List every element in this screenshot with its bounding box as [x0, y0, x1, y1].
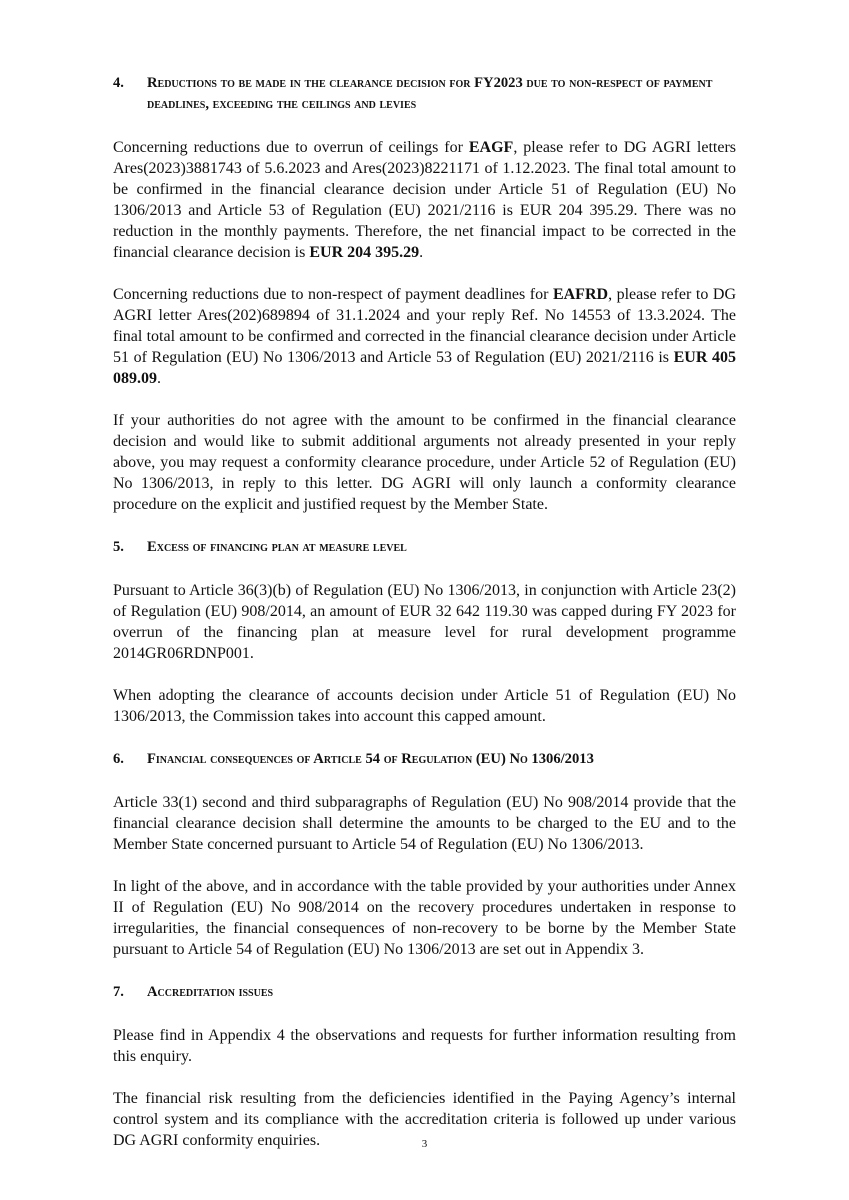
section-6-heading: 6. Financial consequences of Article 54 … [113, 749, 736, 770]
section-number: 4. [113, 73, 147, 115]
section-5-heading: 5. Excess of financing plan at measure l… [113, 537, 736, 558]
paragraph-eagf-reductions: Concerning reductions due to overrun of … [113, 137, 736, 263]
section-title: Accreditation issues [147, 982, 736, 1003]
document-page: 4. Reductions to be made in the clearanc… [113, 73, 736, 1151]
section-4-heading: 4. Reductions to be made in the clearanc… [113, 73, 736, 115]
section-number: 5. [113, 537, 147, 558]
section-number: 7. [113, 982, 147, 1003]
section-7-heading: 7. Accreditation issues [113, 982, 736, 1003]
paragraph-non-recovery: In light of the above, and in accordance… [113, 876, 736, 960]
paragraph-financing-plan: Pursuant to Article 36(3)(b) of Regulati… [113, 580, 736, 664]
section-title: Reductions to be made in the clearance d… [147, 73, 736, 115]
page-number: 3 [0, 1138, 849, 1150]
paragraph-capped-amount: When adopting the clearance of accounts … [113, 685, 736, 727]
fund-name-eafrd: EAFRD [553, 286, 608, 303]
paragraph-article-33: Article 33(1) second and third subparagr… [113, 792, 736, 855]
paragraph-conformity-procedure: If your authorities do not agree with th… [113, 410, 736, 515]
amount-eagf-net: EUR 204 395.29 [309, 244, 419, 261]
paragraph-eafrd-reductions: Concerning reductions due to non-respect… [113, 284, 736, 389]
section-title: Financial consequences of Article 54 of … [147, 749, 736, 770]
section-title: Excess of financing plan at measure leve… [147, 537, 736, 558]
paragraph-appendix-4: Please find in Appendix 4 the observatio… [113, 1025, 736, 1067]
fund-name-eagf: EAGF [469, 139, 513, 156]
section-number: 6. [113, 749, 147, 770]
